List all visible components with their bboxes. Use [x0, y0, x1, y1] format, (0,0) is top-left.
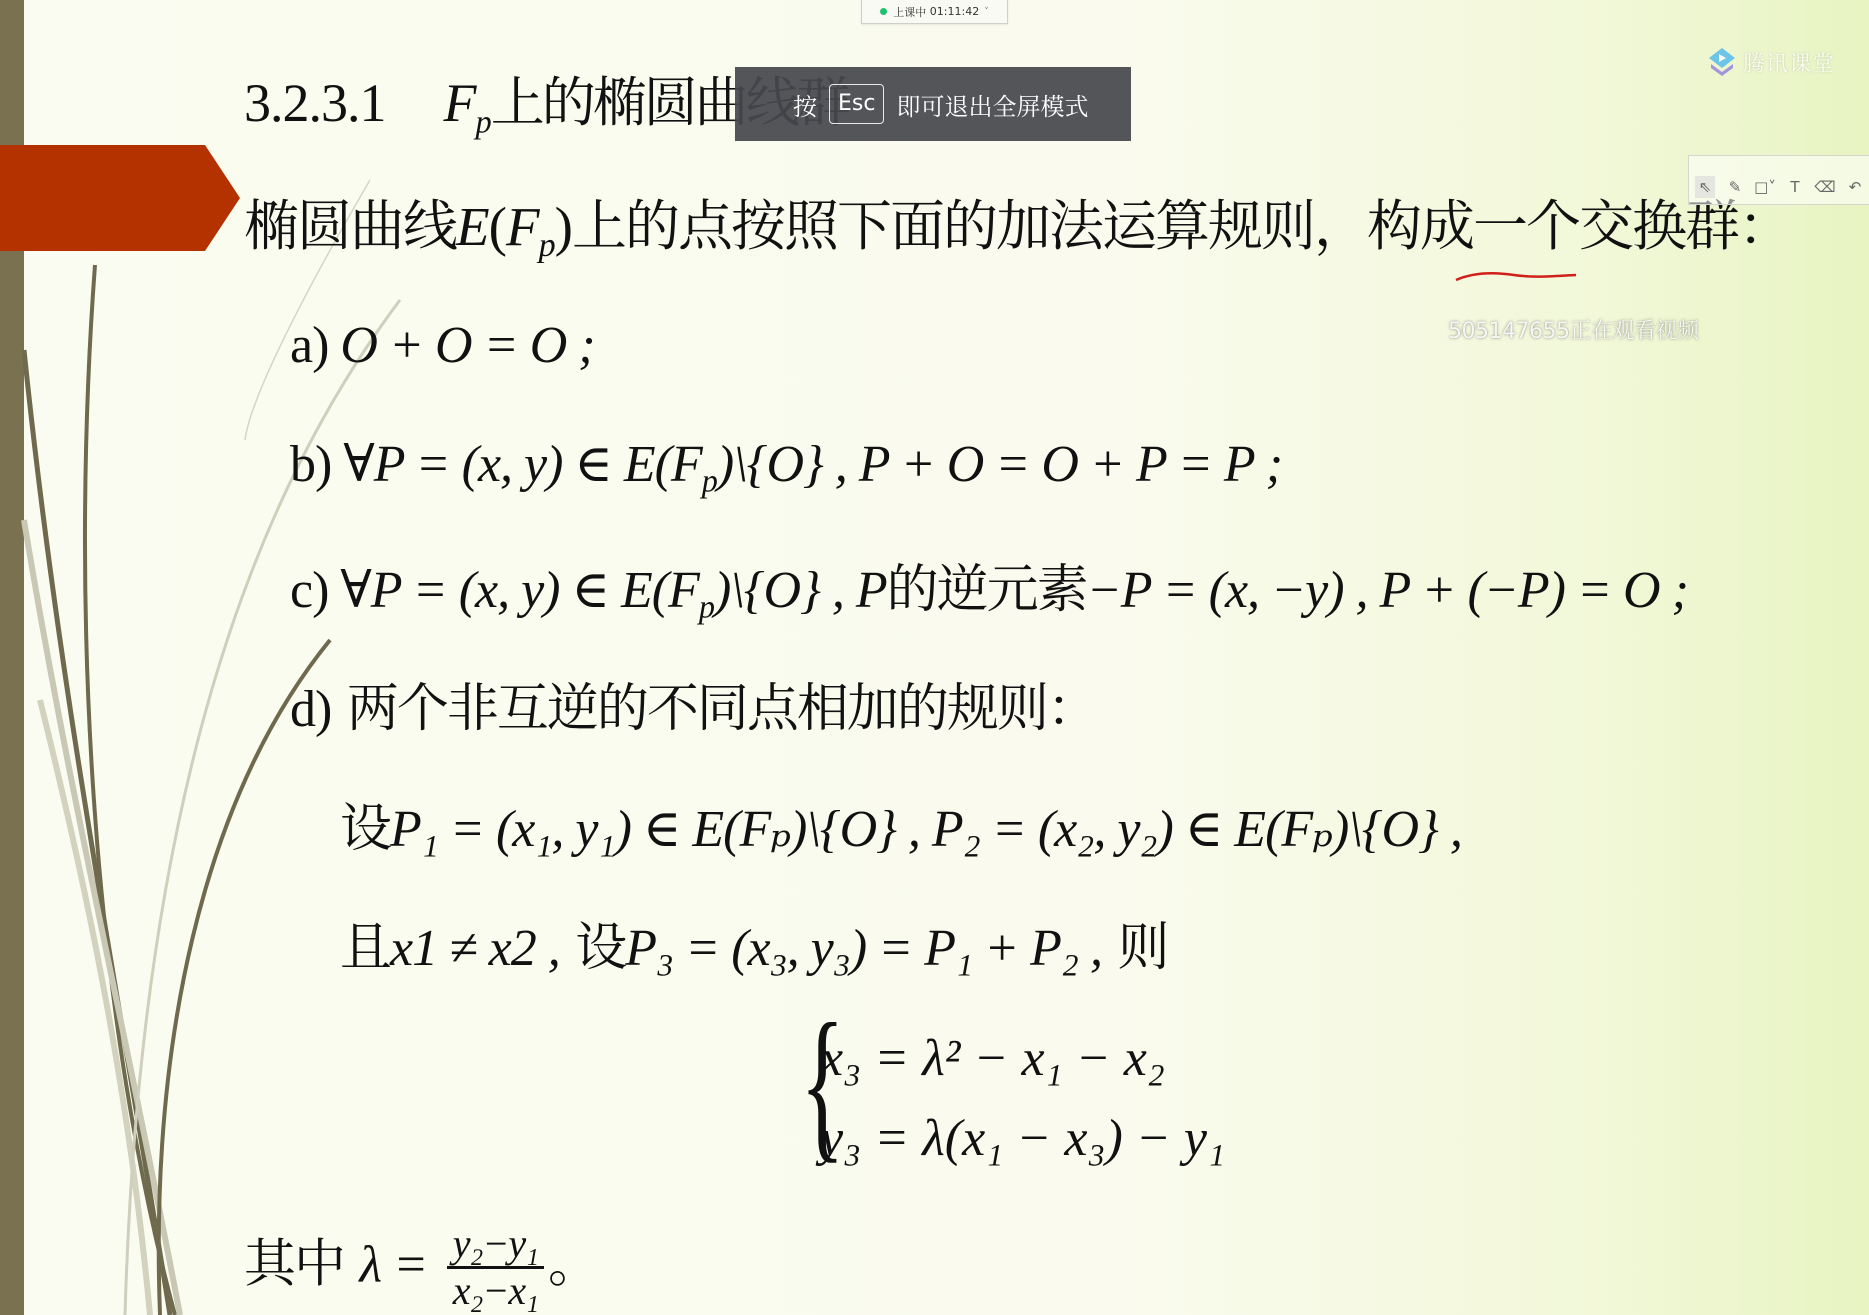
chevron-down-icon: ˅ [984, 7, 989, 17]
title-field-sub: p [476, 104, 491, 140]
text-tool-icon[interactable]: T [1785, 176, 1805, 198]
intro-line: 椭圆曲线E(Fp)上的点按照下面的加法运算规则，构成一个交换群： [244, 194, 1791, 278]
select-tool-icon[interactable]: ⇖ [1695, 176, 1715, 198]
pen-tool-icon[interactable]: ✎ [1725, 176, 1745, 198]
red-annotation-underline [1454, 268, 1578, 284]
equation-x3: x₃ = λ² − x₁ − x₂ [820, 1027, 1165, 1091]
esc-key-hint: Esc [829, 84, 884, 124]
class-status-pill[interactable]: 上课中 01:11:42 ˅ [861, 0, 1008, 24]
shape-tool-icon[interactable]: □˅ [1755, 176, 1775, 198]
tencent-classroom-logo: 腾讯课堂 [1707, 45, 1835, 79]
fullscreen-exit-toast: 按 Esc 即可退出全屏模式 [735, 67, 1131, 141]
rule-d: d) 两个非互逆的不同点相加的规则： [290, 677, 1097, 742]
title-field: F [444, 73, 476, 133]
status-label: 上课中 [893, 4, 926, 20]
annotation-toolbar: ⇖ ✎ □˅ T ⌫ ↶ [1688, 155, 1869, 205]
intro-pre: 椭圆曲线 [244, 194, 456, 258]
status-timer: 01:11:42 [930, 5, 979, 18]
rule-b: b) ∀P = (x, y) ∈ E(Fp)\{O} , P + O = O +… [290, 433, 1282, 512]
undo-tool-icon[interactable]: ↶ [1845, 176, 1865, 198]
lambda-definition: 其中 λ = y₂−y₁ x₂−x₁ 。 [244, 1222, 598, 1313]
rule-a: a) O + O = O ; [290, 314, 595, 378]
viewer-watermark: 505147655正在观看视频 [1448, 314, 1698, 345]
eraser-tool-icon[interactable]: ⌫ [1815, 176, 1835, 198]
let-points-line: 设P₁ = (x₁, y₁) ∈ E(Fₚ)\{O} , P₂ = (x₂, y… [340, 797, 1462, 862]
intro-post: 上的点按照下面的加法运算规则，构成一个交换群： [572, 194, 1791, 258]
equation-y3: y₃ = λ(x₁ − x₃) − y₁ [820, 1107, 1225, 1171]
lambda-fraction: y₂−y₁ x₂−x₁ [447, 1222, 544, 1313]
rule-c: c) ∀P = (x, y) ∈ E(Fp)\{O} , P的逆元素−P = (… [290, 558, 1688, 638]
equation-system: { x₃ = λ² − x₁ − x₂ y₃ = λ(x₁ − x₃) − y₁ [800, 1005, 1260, 1177]
play-cap-icon [1707, 46, 1737, 78]
condition-line: 且x1 ≠ x2 , 设P₃ = (x₃, y₃) = P₁ + P₂ , 则 [340, 916, 1168, 981]
live-dot-icon [880, 8, 887, 15]
section-banner [0, 145, 240, 251]
section-number: 3.2.3.1 [244, 73, 386, 133]
